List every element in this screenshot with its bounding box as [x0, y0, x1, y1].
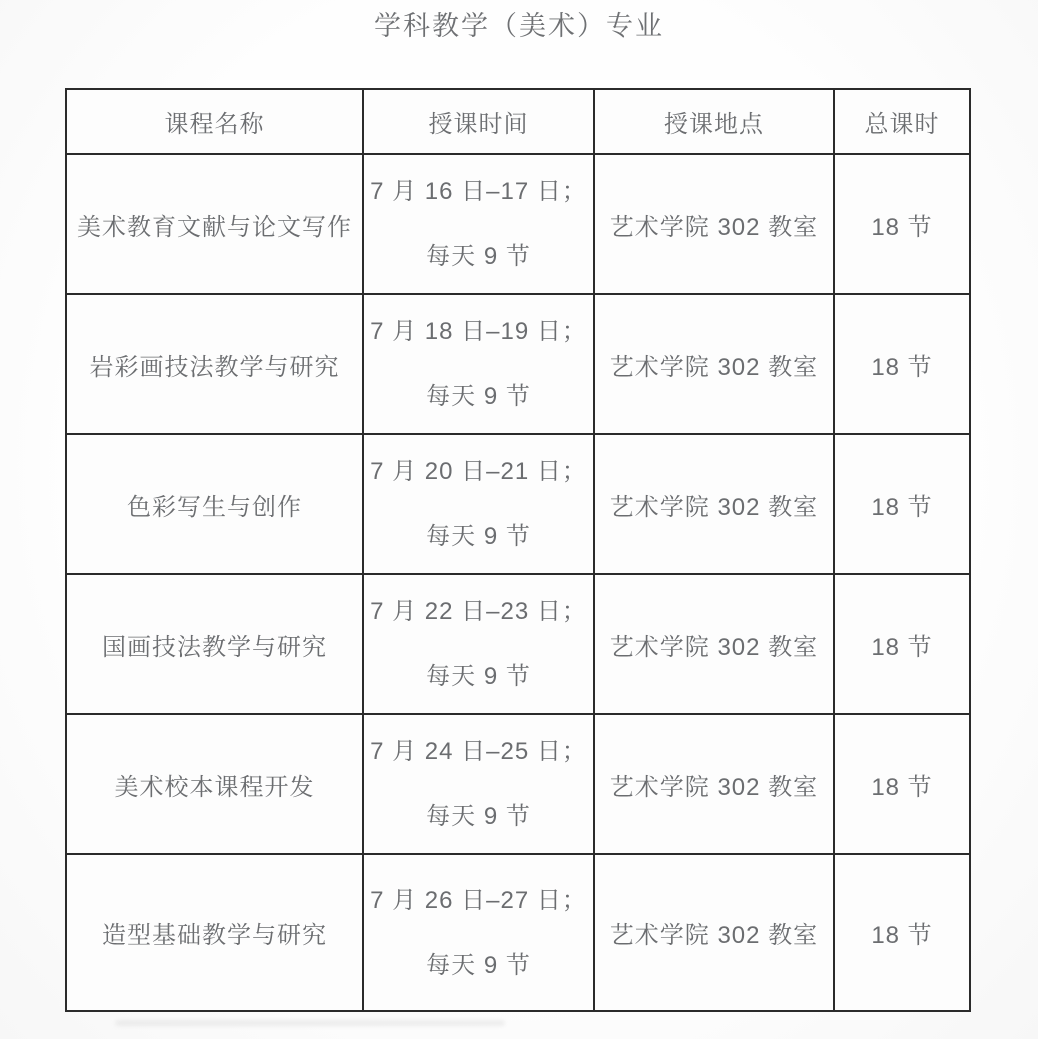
course-name-cell: 美术教育文献与论文写作: [66, 154, 363, 294]
header-class-location: 授课地点: [594, 89, 834, 154]
time-per-day-line: 每天 9 节: [368, 521, 589, 552]
table-row: 岩彩画技法教学与研究 7 月 18 日–19 日； 每天 9 节 艺术学院 30…: [66, 294, 970, 434]
total-hours-cell: 18 节: [834, 854, 970, 1011]
total-hours-cell: 18 节: [834, 154, 970, 294]
course-name-cell: 色彩写生与创作: [66, 434, 363, 574]
time-per-day-line: 每天 9 节: [368, 381, 589, 412]
class-time-cell: 7 月 26 日–27 日； 每天 9 节: [363, 854, 594, 1011]
total-hours-cell: 18 节: [834, 294, 970, 434]
class-time-cell: 7 月 16 日–17 日； 每天 9 节: [363, 154, 594, 294]
time-per-day-line: 每天 9 节: [368, 241, 589, 272]
time-dates-line: 7 月 22 日–23 日；: [368, 596, 589, 627]
class-time-cell: 7 月 20 日–21 日； 每天 9 节: [363, 434, 594, 574]
class-time-cell: 7 月 24 日–25 日； 每天 9 节: [363, 714, 594, 854]
header-course-name: 课程名称: [66, 89, 363, 154]
class-location-cell: 艺术学院 302 教室: [594, 714, 834, 854]
header-class-time: 授课时间: [363, 89, 594, 154]
course-schedule-table: 课程名称 授课时间 授课地点 总课时 美术教育文献与论文写作 7 月 16 日–…: [65, 88, 971, 1012]
time-per-day-line: 每天 9 节: [368, 661, 589, 692]
total-hours-cell: 18 节: [834, 434, 970, 574]
time-per-day-line: 每天 9 节: [368, 950, 589, 981]
class-time-cell: 7 月 22 日–23 日； 每天 9 节: [363, 574, 594, 714]
table-row: 色彩写生与创作 7 月 20 日–21 日； 每天 9 节 艺术学院 302 教…: [66, 434, 970, 574]
class-time-cell: 7 月 18 日–19 日； 每天 9 节: [363, 294, 594, 434]
table-body: 美术教育文献与论文写作 7 月 16 日–17 日； 每天 9 节 艺术学院 3…: [66, 154, 970, 1011]
table-row: 国画技法教学与研究 7 月 22 日–23 日； 每天 9 节 艺术学院 302…: [66, 574, 970, 714]
time-dates-line: 7 月 20 日–21 日；: [368, 456, 589, 487]
time-per-day-line: 每天 9 节: [368, 801, 589, 832]
class-location-cell: 艺术学院 302 教室: [594, 434, 834, 574]
page-title: 学科教学（美术）专业: [0, 4, 1038, 43]
class-location-cell: 艺术学院 302 教室: [594, 294, 834, 434]
course-name-cell: 国画技法教学与研究: [66, 574, 363, 714]
time-dates-line: 7 月 16 日–17 日；: [368, 176, 589, 207]
time-dates-line: 7 月 24 日–25 日；: [368, 736, 589, 767]
table-row: 美术校本课程开发 7 月 24 日–25 日； 每天 9 节 艺术学院 302 …: [66, 714, 970, 854]
table-row: 美术教育文献与论文写作 7 月 16 日–17 日； 每天 9 节 艺术学院 3…: [66, 154, 970, 294]
scan-artifact: [115, 1020, 505, 1026]
table-header-row: 课程名称 授课时间 授课地点 总课时: [66, 89, 970, 154]
class-location-cell: 艺术学院 302 教室: [594, 854, 834, 1011]
document-page: 学科教学（美术）专业 课程名称 授课时间 授课地点 总课时 美术教育文献与论文写…: [0, 0, 1038, 1039]
course-name-cell: 美术校本课程开发: [66, 714, 363, 854]
course-name-cell: 造型基础教学与研究: [66, 854, 363, 1011]
total-hours-cell: 18 节: [834, 574, 970, 714]
class-location-cell: 艺术学院 302 教室: [594, 154, 834, 294]
header-total-hours: 总课时: [834, 89, 970, 154]
time-dates-line: 7 月 26 日–27 日；: [368, 885, 589, 916]
class-location-cell: 艺术学院 302 教室: [594, 574, 834, 714]
time-dates-line: 7 月 18 日–19 日；: [368, 316, 589, 347]
total-hours-cell: 18 节: [834, 714, 970, 854]
course-name-cell: 岩彩画技法教学与研究: [66, 294, 363, 434]
table-row: 造型基础教学与研究 7 月 26 日–27 日； 每天 9 节 艺术学院 302…: [66, 854, 970, 1011]
